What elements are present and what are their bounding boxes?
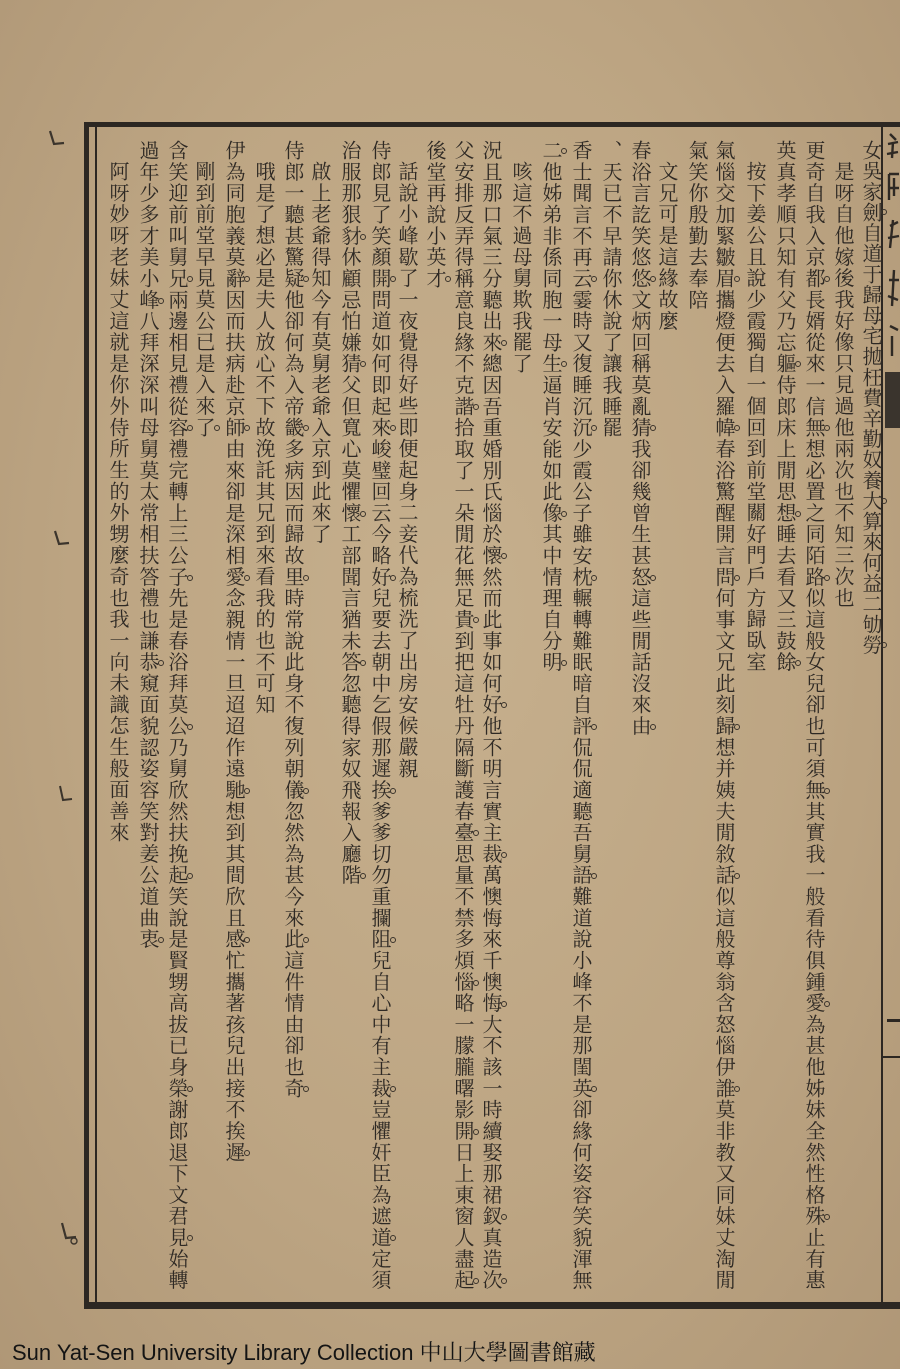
text-column-5: 按下姜公且說少霞獨自一個回到前堂關好門戶方歸臥室 — [744, 161, 766, 673]
text-column-14: 況且那口氣三分聽出來總因吾重婚別氏惱於懷然而此事如何好他不明言實主裁萬懊悔來千懊… — [480, 140, 502, 1291]
text-column-17: 話說小峰歇了一夜覺得好些即便起身二妾代為梳洗了出房安候嚴親 — [396, 161, 418, 779]
margin-page-mark — [887, 1019, 900, 1022]
text-column-2: 是呀自他嫁後我好像只見過他兩次也不知三次也 — [832, 161, 854, 609]
text-column-16: 後堂再說小英才 — [424, 140, 446, 289]
text-column-4: 英真孝順只知有父乃忘軀侍郎床上閒思想睡去看又三鼓餘 — [774, 140, 796, 673]
text-column-21: 侍郎一聽甚驚疑他卻何為入帝畿多病因而歸故里時常說此身不復列朝儀忽然為甚今來此這件… — [282, 140, 304, 1099]
text-column-23: 伊為同胞義莫辭因而扶病赴京師由來卻是深相愛念親情一旦迢迢作遠馳想到其間欣且感忙攜… — [223, 140, 245, 1163]
binding-mark — [44, 128, 68, 150]
text-column-19: 治服那狠豺休顧忌怕嫌猜父但寬心莫懼懷工部聞言猶未答忽聽得家奴飛報入廳階 — [339, 140, 361, 886]
text-column-12: 二他姊弟非係同胞一母生逼肖安能如此像其中情理自分明 — [540, 140, 562, 673]
text-column-24: 剛到前堂早見莫公已是入來了 — [193, 161, 215, 438]
text-column-22: 哦是了想必是夫人放心不下故浼託其兄到來看我的也不可知 — [253, 161, 275, 715]
binding-mark — [52, 783, 76, 805]
text-column-11: 香士聞言不再云霎時又復睡沉沉少霞公子雖安枕輾轉難眠暗自評侃侃適聽吾舅語難道說小峰… — [570, 140, 592, 1291]
text-column-6: 氣惱交加緊皺眉攜燈便去入羅幃春浴驚醒開言問何事文兄此刻歸想并姨夫閒敘話似這般尊翁… — [713, 140, 735, 1291]
margin-title-fragment — [884, 130, 900, 360]
frame-left-border — [84, 122, 89, 1309]
scanned-book-page: 女吳家劍自道于歸母宅拋枉費辛勤奴養大算來何益二劬勞 是呀自他嫁後我好像只見過他兩… — [0, 0, 900, 1369]
text-column-7: 氣笑你殷勤去奉陪 — [686, 140, 708, 311]
text-column-15: 父安排反弄得稱意良緣不克諧拾取了一朵閒花無足貴到把這牡丹隔斷護春臺思量不禁多煩惱… — [452, 140, 474, 1291]
text-column-26: 過年少多才美小峰八拜深深叫母舅莫太常相扶答禮也謙恭窺面貌認姿容笑對姜公道曲衷 — [137, 140, 159, 950]
text-column-27: 阿呀妙呀老妹丈這就是你外侍所生的外甥麼奇也我一向未識怎生般面善來 — [107, 161, 129, 843]
text-column-18: 侍郎見了笑顏開問道如何即起來峻璧回云今略好兒要去朝中乞假那遲挨爹爹切勿重攔阻兒自… — [369, 140, 391, 1291]
frame-bottom-border — [84, 1302, 900, 1309]
binding-mark — [48, 528, 72, 550]
text-column-25: 含笑迎前叫舅兄兩邊相見禮從容禮完轉上三公子先是春浴拜莫公乃舅欣然扶挽起笑說是賢甥… — [166, 140, 188, 1291]
text-column-10: 、天已不早請你休說了讓我睡罷 — [600, 140, 622, 438]
frame-left-inner-line — [95, 127, 97, 1302]
frame-top-border — [84, 122, 900, 127]
text-column-9: 春浴言訖笑悠悠文炳回稱莫亂猜我卻幾曾生甚怒這些閒話沒來由 — [629, 140, 651, 737]
text-column-13: 咳這不過母舅欺我罷了 — [510, 161, 532, 374]
text-column-1: 女吳家劍自道于歸母宅拋枉費辛勤奴養大算來何益二劬勞 — [860, 140, 882, 655]
margin-strip-divider — [881, 1056, 900, 1058]
text-column-20: 啟上老爺得知今有莫舅老爺入京到此來了 — [309, 161, 331, 545]
margin-fishtail-block — [885, 372, 900, 428]
text-column-3: 更奇自我入京都長婿從來一信無想必置之同陌路似這般女兒卻也可須無其實我一般看待俱鍾… — [803, 140, 825, 1291]
binding-mark — [54, 1220, 82, 1246]
collection-credit: Sun Yat-Sen University Library Collectio… — [12, 1340, 596, 1366]
text-column-8: 文兄可是這緣故麼 — [656, 161, 678, 332]
